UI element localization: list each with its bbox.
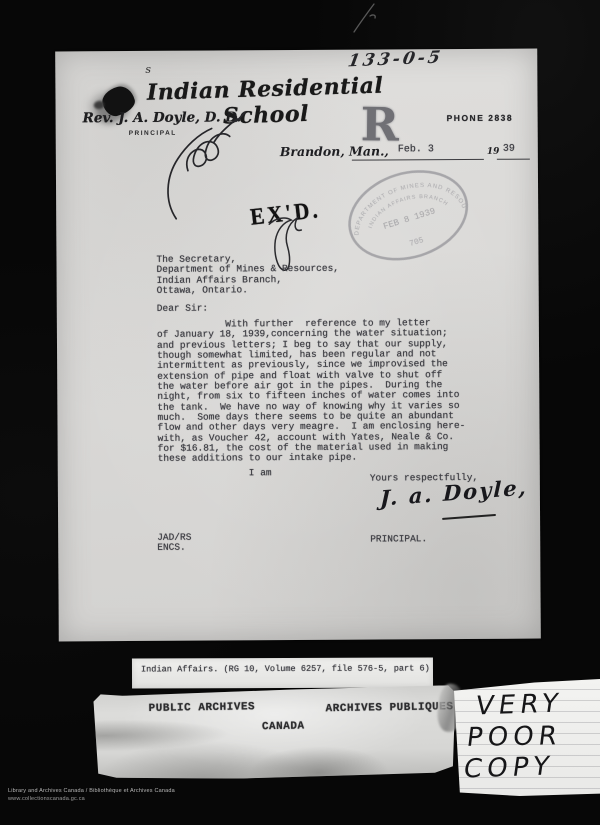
stamp-number: 705 [408,236,425,249]
signature-underline [442,514,496,520]
dateline-place: Brandon, Man., [280,143,389,159]
letter-body: With further reference to my letter of J… [157,318,488,465]
pen-mark: s [145,63,151,76]
closing-i-am: I am [249,467,272,478]
note-line-copy: COPY [462,751,556,784]
credit-line-2: www.collectionscanada.gc.ca [8,795,175,803]
credit-line-1: Library and Archives Canada / Bibliothèq… [8,787,175,795]
received-date-stamp: DEPARTMENT OF MINES AND RESOURCES INDIAN… [333,152,483,278]
handwritten-scrawl [152,106,249,223]
note-line-poor: POOR [465,721,564,753]
note-line-very: VERY [474,688,565,721]
scratch-mark [348,2,384,36]
dateline-rule [352,159,484,161]
recipient-address: The Secretary, Department of Mines & Res… [156,254,339,297]
dateline-year-prefix: 19 [487,147,500,157]
canada-stamp: CANADA [262,721,305,734]
archival-reference-text: Indian Affairs. (RG 10, Volume 6257, fil… [132,657,433,674]
poor-copy-note-card: VERY POOR COPY [454,679,600,796]
public-archives-strip: PUBLIC ARCHIVES ARCHIVES PUBLIQUES CANAD… [93,685,456,781]
scanned-document-background: 133-0-5 s Indian Residential School Rev.… [0,0,600,825]
dateline-year: 39 [503,144,515,155]
stamp-date: FEB 8 1939 [382,206,437,232]
dateline-date: Feb. 3 [398,144,434,155]
letter-page: 133-0-5 s Indian Residential School Rev.… [55,49,541,642]
signature-title: PRINCIPAL. [370,533,427,544]
file-number-handwriting: 133-0-5 [346,47,444,71]
phone-number: PHONE 2838 [447,113,514,123]
year-rule [497,159,530,160]
archival-reference-label: Indian Affairs. (RG 10, Volume 6257, fil… [132,657,433,688]
salutation: Dear Sir: [157,303,208,314]
archives-publiques-stamp: ARCHIVES PUBLIQUES [326,701,454,715]
archives-credit: Library and Archives Canada / Bibliothèq… [8,787,175,803]
typist-initials: JAD/RS ENCS. [157,533,191,554]
public-archives-stamp: PUBLIC ARCHIVES [149,701,256,715]
